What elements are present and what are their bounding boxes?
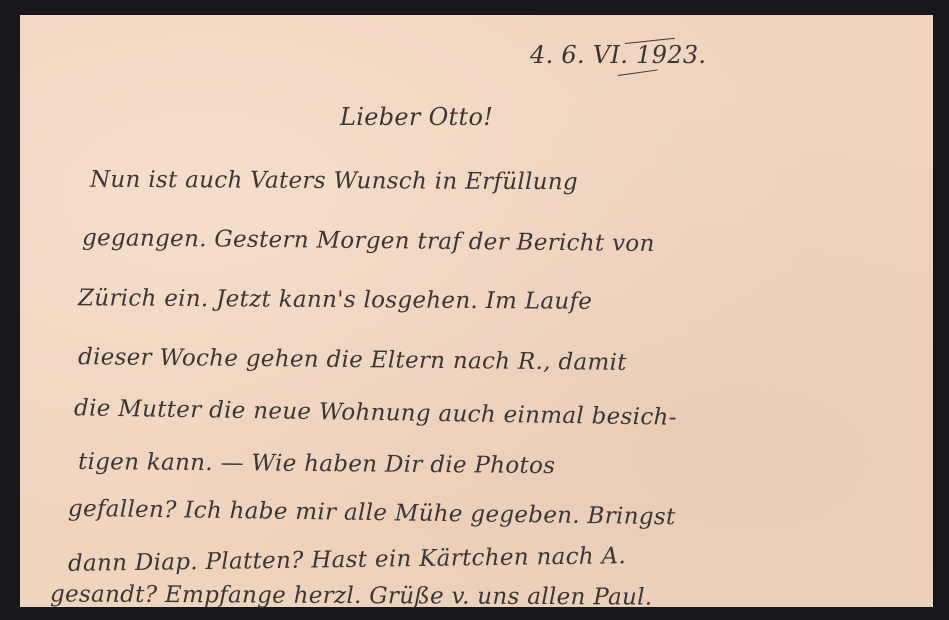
body-line-9: gesandt? Empfange herzl. Grüße v. uns al… bbox=[50, 581, 653, 610]
body-line-5: die Mutter die neue Wohnung auch einmal … bbox=[74, 395, 677, 430]
body-line-1: Nun ist auch Vaters Wunsch in Erfüllung bbox=[90, 167, 578, 196]
date-underline bbox=[618, 69, 658, 76]
postcard: 4. 6. VI. 1923. Lieber Otto! Nun ist auc… bbox=[20, 15, 933, 607]
body-line-2: gegangen. Gestern Morgen traf der Berich… bbox=[82, 225, 655, 257]
body-line-6: tigen kann. — Wie haben Dir die Photos bbox=[78, 449, 556, 479]
body-line-7: gefallen? Ich habe mir alle Mühe gegeben… bbox=[68, 496, 676, 530]
scan-background: 4. 6. VI. 1923. Lieber Otto! Nun ist auc… bbox=[0, 0, 949, 620]
salutation: Lieber Otto! bbox=[340, 103, 493, 131]
body-line-8: dann Diap. Platten? Hast ein Kärtchen na… bbox=[68, 543, 626, 577]
letter-date: 4. 6. VI. 1923. bbox=[530, 41, 706, 69]
body-line-3: Zürich ein. Jetzt kann's losgehen. Im La… bbox=[78, 285, 592, 315]
body-line-4: dieser Woche gehen die Eltern nach R., d… bbox=[78, 344, 627, 376]
